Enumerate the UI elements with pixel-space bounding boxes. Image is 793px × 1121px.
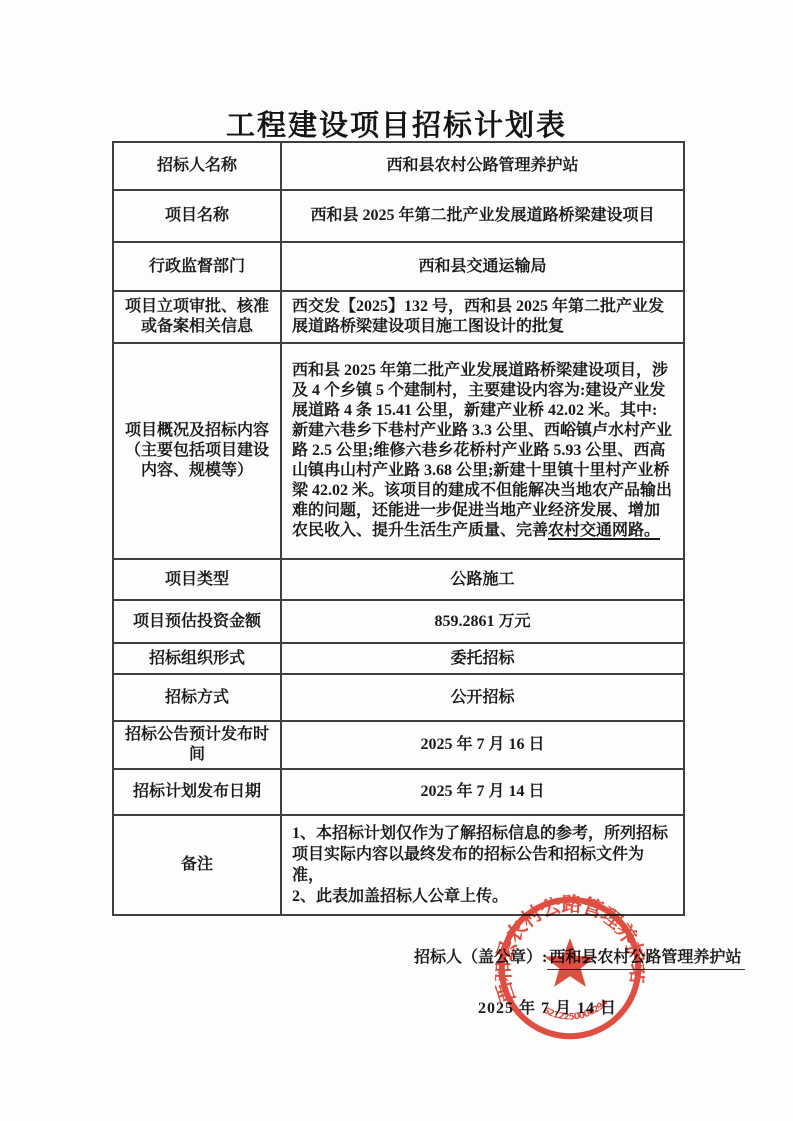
- document-page: 工程建设项目招标计划表 招标人名称 西和县农村公路管理养护站 项目名称 西和县 …: [0, 0, 793, 1121]
- row-label-approval-info: 项目立项审批、核准或备案相关信息: [113, 291, 281, 343]
- row-label-bidding-organization-form: 招标组织形式: [113, 643, 281, 674]
- row-label-project-type: 项目类型: [113, 559, 281, 600]
- signature-date: 2025 年 7 月 14 日: [478, 995, 617, 1018]
- signature-line: 招标人（盖公章）:西和县农村公路管理养护站: [414, 944, 745, 970]
- row-value-bidding-method: 公开招标: [281, 674, 684, 721]
- row-label-project-name: 项目名称: [113, 190, 281, 242]
- row-value-project-overview: 西和县 2025 年第二批产业发展道路桥梁建设项目，涉及 4 个乡镇 5 个建制…: [281, 343, 684, 559]
- row-value-plan-publish-date: 2025 年 7 月 14 日: [281, 769, 684, 815]
- table-row: 招标人名称 西和县农村公路管理养护站: [113, 142, 684, 190]
- row-label-bidder-name: 招标人名称: [113, 142, 281, 190]
- table-row: 招标公告预计发布时间 2025 年 7 月 16 日: [113, 721, 684, 769]
- table-row: 项目名称 西和县 2025 年第二批产业发展道路桥梁建设项目: [113, 190, 684, 242]
- row-value-supervising-department: 西和县交通运输局: [281, 242, 684, 291]
- row-value-announcement-expected-date: 2025 年 7 月 16 日: [281, 721, 684, 769]
- row-label-supervising-department: 行政监督部门: [113, 242, 281, 291]
- table-row: 行政监督部门 西和县交通运输局: [113, 242, 684, 291]
- table-row: 项目类型 公路施工: [113, 559, 684, 600]
- row-value-bidder-name: 西和县农村公路管理养护站: [281, 142, 684, 190]
- row-value-project-type: 公路施工: [281, 559, 684, 600]
- table-row: 备注 1、本招标计划仅作为了解招标信息的参考，所列招标项目实际内容以最终发布的招…: [113, 815, 684, 915]
- row-label-plan-publish-date: 招标计划发布日期: [113, 769, 281, 815]
- row-label-project-overview: 项目概况及招标内容（主要包括项目建设内容、规模等）: [113, 343, 281, 559]
- row-value-bidding-organization-form: 委托招标: [281, 643, 684, 674]
- row-value-remarks: 1、本招标计划仅作为了解招标信息的参考，所列招标项目实际内容以最终发布的招标公告…: [281, 815, 684, 915]
- bidding-plan-table: 招标人名称 西和县农村公路管理养护站 项目名称 西和县 2025 年第二批产业发…: [112, 141, 685, 916]
- overview-text-underlined: 农村交通网路。: [548, 522, 660, 539]
- row-label-remarks: 备注: [113, 815, 281, 915]
- signature-bidder-name: 西和县农村公路管理养护站: [547, 944, 745, 970]
- row-value-project-name: 西和县 2025 年第二批产业发展道路桥梁建设项目: [281, 190, 684, 242]
- row-label-announcement-expected-date: 招标公告预计发布时间: [113, 721, 281, 769]
- row-label-bidding-method: 招标方式: [113, 674, 281, 721]
- table-row: 项目立项审批、核准或备案相关信息 西交发【2025】132 号，西和县 2025…: [113, 291, 684, 343]
- row-value-approval-info: 西交发【2025】132 号，西和县 2025 年第二批产业发展道路桥梁建设项目…: [281, 291, 684, 343]
- row-value-estimated-investment: 859.2861 万元: [281, 600, 684, 643]
- row-label-estimated-investment: 项目预估投资金额: [113, 600, 281, 643]
- table-row: 招标方式 公开招标: [113, 674, 684, 721]
- table-row: 招标计划发布日期 2025 年 7 月 14 日: [113, 769, 684, 815]
- table-row: 项目预估投资金额 859.2861 万元: [113, 600, 684, 643]
- overview-text: 西和县 2025 年第二批产业发展道路桥梁建设项目，涉及 4 个乡镇 5 个建制…: [292, 362, 672, 539]
- table-row: 招标组织形式 委托招标: [113, 643, 684, 674]
- signature-label: 招标人（盖公章）:: [414, 949, 547, 966]
- table-row: 项目概况及招标内容（主要包括项目建设内容、规模等） 西和县 2025 年第二批产…: [113, 343, 684, 559]
- page-title: 工程建设项目招标计划表: [0, 103, 793, 144]
